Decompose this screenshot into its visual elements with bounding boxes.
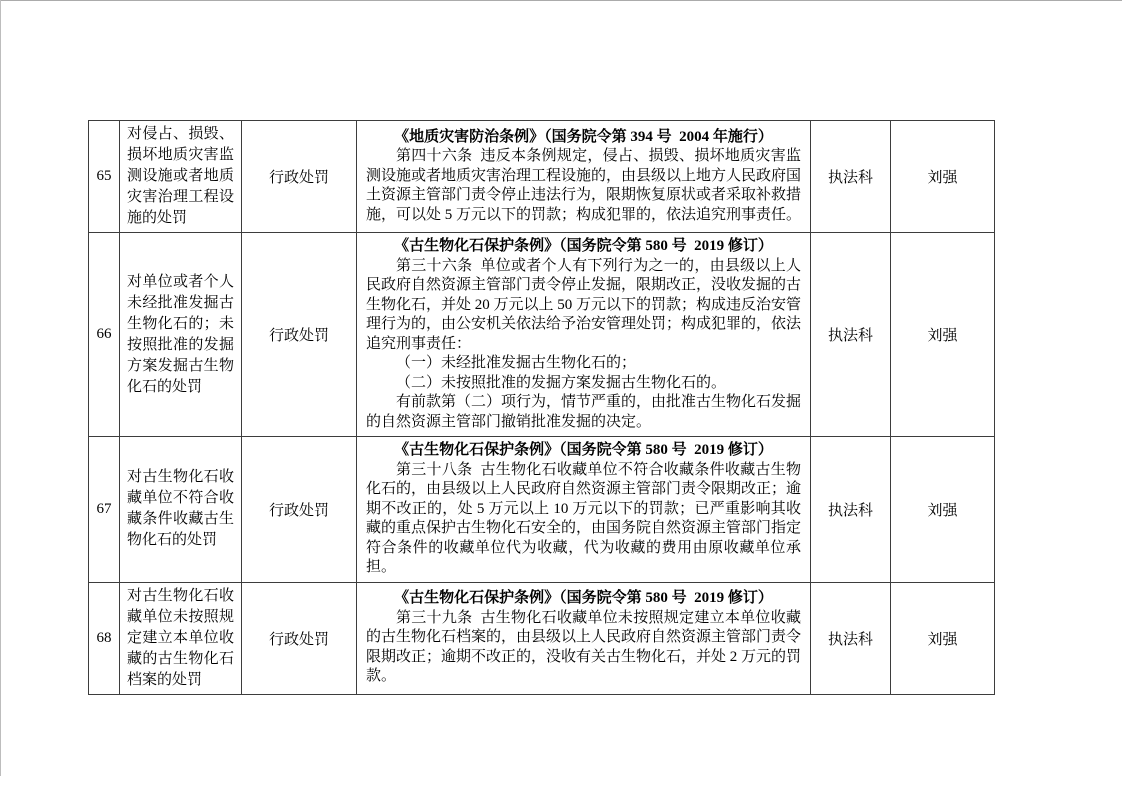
legal-basis-cell: 《地质灾害防治条例》（国务院令第 394 号 2004 年施行） 第四十六条 违…	[357, 121, 811, 233]
row-number-cell: 66	[89, 233, 120, 437]
department-cell: 执法科	[811, 582, 891, 694]
table-row: 68 对古生物化石收藏单位未按照规定建立本单位收藏的古生物化石档案的处罚 行政处…	[89, 582, 995, 694]
penalty-items-table: 65 对侵占、损毁、损坏地质灾害监测设施或者地质灾害治理工程设施的处罚 行政处罚…	[88, 120, 995, 695]
legal-basis-cell: 《古生物化石保护条例》（国务院令第 580 号 2019 修订） 第三十九条 古…	[357, 582, 811, 694]
law-paragraph: 第三十六条 单位或者个人有下列行为之一的，由县级以上人民政府自然资源主管部门责令…	[366, 257, 801, 355]
legal-basis-cell: 《古生物化石保护条例》（国务院令第 580 号 2019 修订） 第三十八条 古…	[357, 437, 811, 583]
penalty-name-cell: 对侵占、损毁、损坏地质灾害监测设施或者地质灾害治理工程设施的处罚	[120, 121, 242, 233]
table-row: 66 对单位或者个人未经批准发掘古生物化石的；未按照批准的发掘方案发掘古生物化石…	[89, 233, 995, 437]
penalty-type-cell: 行政处罚	[242, 233, 357, 437]
row-number-cell: 68	[89, 582, 120, 694]
law-paragraph: （一）未经批准发掘古生物化石的；	[366, 354, 801, 374]
page-top-edge	[0, 0, 1122, 1]
penalty-name-cell: 对古生物化石收藏单位未按照规定建立本单位收藏的古生物化石档案的处罚	[120, 582, 242, 694]
law-title: 《古生物化石保护条例》（国务院令第 580 号 2019 修订）	[366, 237, 801, 257]
law-title: 《古生物化石保护条例》（国务院令第 580 号 2019 修订）	[366, 441, 801, 461]
table-row: 65 对侵占、损毁、损坏地质灾害监测设施或者地质灾害治理工程设施的处罚 行政处罚…	[89, 121, 995, 233]
penalty-name-cell: 对单位或者个人未经批准发掘古生物化石的；未按照批准的发掘方案发掘古生物化石的处罚	[120, 233, 242, 437]
law-paragraph: 第三十九条 古生物化石收藏单位未按照规定建立本单位收藏的古生物化石档案的，由县级…	[366, 609, 801, 687]
row-number-cell: 67	[89, 437, 120, 583]
law-paragraph: （二）未按照批准的发掘方案发掘古生物化石的。	[366, 374, 801, 394]
responsible-person-cell: 刘强	[891, 121, 995, 233]
penalty-name-cell: 对古生物化石收藏单位不符合收藏条件收藏古生物化石的处罚	[120, 437, 242, 583]
page-left-edge	[0, 0, 1, 776]
department-cell: 执法科	[811, 437, 891, 583]
law-paragraph: 第四十六条 违反本条例规定，侵占、损毁、损坏地质灾害监测设施或者地质灾害治理工程…	[366, 147, 801, 225]
department-cell: 执法科	[811, 233, 891, 437]
law-title: 《地质灾害防治条例》（国务院令第 394 号 2004 年施行）	[366, 128, 801, 148]
department-cell: 执法科	[811, 121, 891, 233]
row-number-cell: 65	[89, 121, 120, 233]
responsible-person-cell: 刘强	[891, 233, 995, 437]
responsible-person-cell: 刘强	[891, 582, 995, 694]
legal-basis-cell: 《古生物化石保护条例》（国务院令第 580 号 2019 修订） 第三十六条 单…	[357, 233, 811, 437]
law-title: 《古生物化石保护条例》（国务院令第 580 号 2019 修订）	[366, 589, 801, 609]
law-paragraph: 有前款第（二）项行为，情节严重的，由批准古生物化石发掘的自然资源主管部门撤销批准…	[366, 393, 801, 432]
penalty-type-cell: 行政处罚	[242, 437, 357, 583]
responsible-person-cell: 刘强	[891, 437, 995, 583]
penalty-type-cell: 行政处罚	[242, 582, 357, 694]
table-row: 67 对古生物化石收藏单位不符合收藏条件收藏古生物化石的处罚 行政处罚 《古生物…	[89, 437, 995, 583]
penalty-type-cell: 行政处罚	[242, 121, 357, 233]
document-page: 65 对侵占、损毁、损坏地质灾害监测设施或者地质灾害治理工程设施的处罚 行政处罚…	[0, 0, 1122, 793]
law-paragraph: 第三十八条 古生物化石收藏单位不符合收藏条件收藏古生物化石的，由县级以上人民政府…	[366, 461, 801, 578]
